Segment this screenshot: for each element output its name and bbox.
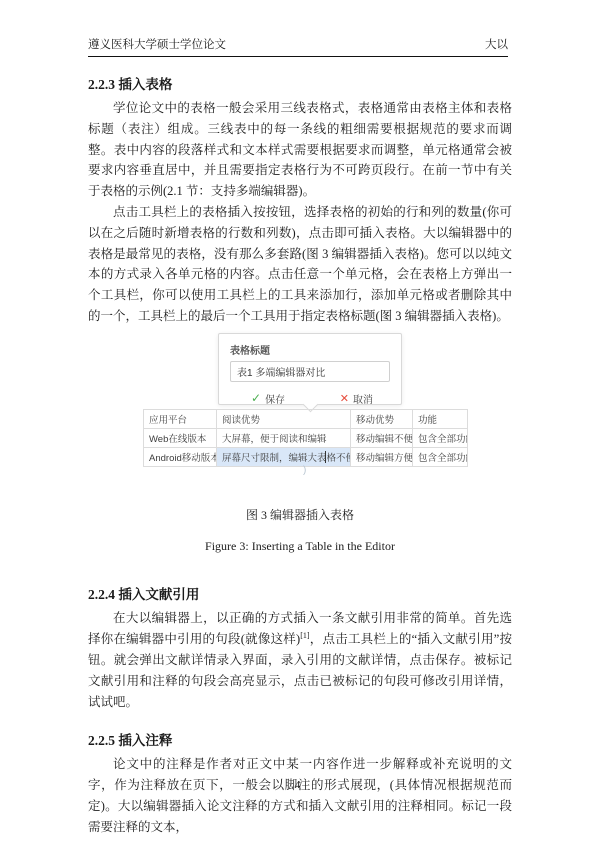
- header-left-title: 遵义医科大学硕士学位论文: [88, 36, 226, 52]
- table-row-android: Android移动版本 屏幕尺寸限制，编辑大表格不便 移动编辑方便 包含全部功能: [144, 447, 468, 466]
- section-heading-insert-citation: 2.2.4 插入文献引用: [88, 586, 512, 604]
- comparison-table: 应用平台 阅读优势 移动优势 功能 Web在线版本 大屏幕，便于阅读和编辑 移动…: [143, 409, 468, 467]
- table-caption-input: [230, 361, 390, 382]
- x-icon: ✕: [340, 392, 349, 405]
- selected-cell-text: 屏幕尺寸限制，编辑大表格不便: [222, 453, 351, 464]
- table-header-row: 应用平台 阅读优势 移动优势 功能: [144, 409, 468, 428]
- cell-android-reading-selected: 屏幕尺寸限制，编辑大表格不便: [217, 447, 351, 466]
- cell-web-features: 包含全部功能: [413, 428, 468, 447]
- header-cell-platform: 应用平台: [144, 409, 217, 428]
- figure-editor-table: 表格标题 ✓ 保存 ✕ 取消 应用平台: [143, 333, 467, 479]
- section-heading-insert-table: 2.2.3 插入表格: [88, 76, 512, 94]
- cell-web-mobile: 移动编辑不便: [351, 428, 413, 447]
- cell-web-reading: 大屏幕，便于阅读和编辑: [217, 428, 351, 447]
- cancel-button-label: 取消: [353, 391, 373, 406]
- save-button: ✓ 保存: [251, 391, 285, 406]
- citation-marker: [1]: [300, 631, 309, 640]
- check-icon: ✓: [251, 391, 261, 405]
- figure-caption-en: Figure 3: Inserting a Table in the Edito…: [88, 536, 512, 557]
- cell-web-platform: Web在线版本: [144, 428, 217, 447]
- header-cell-reading: 阅读优势: [217, 409, 351, 428]
- table-row-web: Web在线版本 大屏幕，便于阅读和编辑 移动编辑不便 包含全部功能: [144, 428, 468, 447]
- paragraph-citation: 在大以编辑器上，以正确的方式插入一条文献引用非常的简单。首先选择你在编辑器中引用…: [88, 608, 512, 712]
- popup-title-label: 表格标题: [230, 342, 401, 357]
- figure-caption-zh: 图 3 编辑器插入表格: [88, 505, 512, 526]
- page-number: 4: [0, 779, 595, 791]
- header-right-title: 大以: [485, 36, 508, 52]
- cell-android-mobile: 移动编辑方便: [351, 447, 413, 466]
- page-content: 2.2.3 插入表格 学位论文中的表格一般会采用三线表格式，表格通常由表格主体和…: [88, 76, 512, 838]
- running-header: 遵义医科大学硕士学位论文 大以: [88, 36, 508, 57]
- paragraph-table-intro: 学位论文中的表格一般会采用三线表格式，表格通常由表格主体和表格标题（表注）组成。…: [88, 98, 512, 202]
- document-page: 遵义医科大学硕士学位论文 大以 2.2.3 插入表格 学位论文中的表格一般会采用…: [0, 0, 595, 842]
- paragraph-table-howto: 点击工具栏上的表格插入按按钮，选择表格的初始的行和列的数量(你可以在之后随时新增…: [88, 202, 512, 327]
- section-heading-insert-note: 2.2.5 插入注释: [88, 732, 512, 750]
- cell-android-platform: Android移动版本: [144, 447, 217, 466]
- header-cell-mobile: 移动优势: [351, 409, 413, 428]
- text-cursor: [325, 451, 326, 463]
- cancel-button: ✕ 取消: [340, 391, 373, 406]
- paragraph-note: 论文中的注释是作者对正文中某一内容作进一步解释或补充说明的文字，作为注释放在页下…: [88, 754, 512, 837]
- header-cell-features: 功能: [413, 409, 468, 428]
- cell-android-features: 包含全部功能: [413, 447, 468, 466]
- table-caption-popup: 表格标题 ✓ 保存 ✕ 取消: [218, 333, 402, 405]
- table-drag-handle: ): [303, 465, 306, 476]
- save-button-label: 保存: [265, 391, 285, 406]
